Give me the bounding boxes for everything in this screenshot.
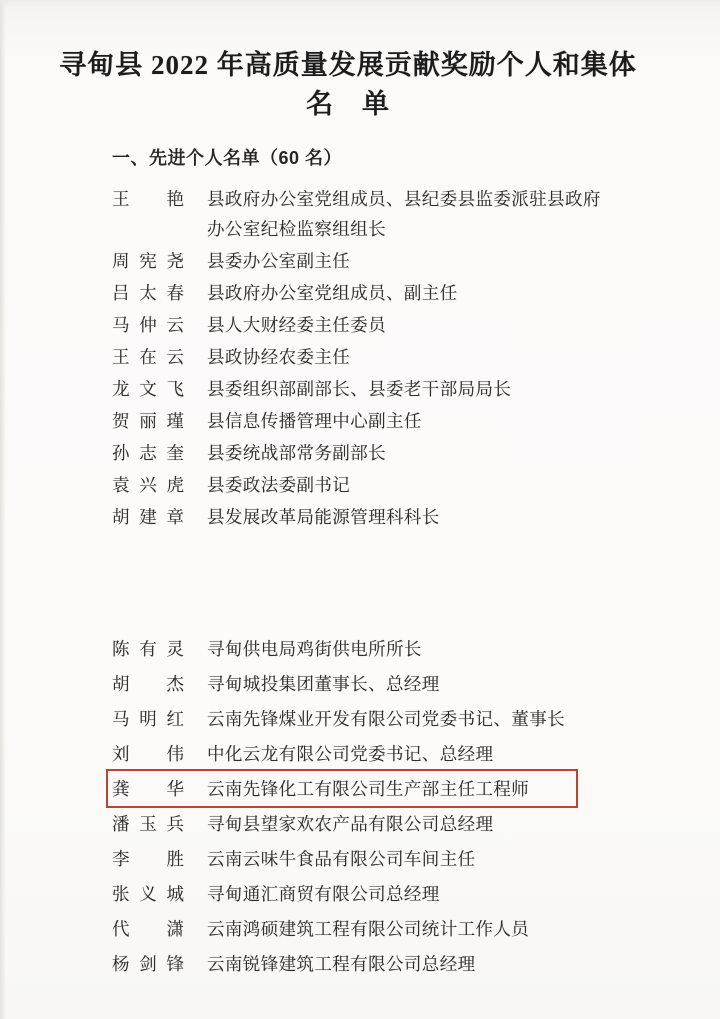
person-name: 张义城 [112,879,184,909]
list-item: 王在云 县政协经农委主任 [112,342,720,372]
person-title: 云南先锋煤业开发有限公司党委书记、董事长 [207,704,631,734]
list-item: 周宪尧 县委办公室副主任 [112,246,720,276]
person-name: 孙志奎 [112,438,184,468]
person-name: 贺丽瑾 [112,406,184,436]
list-item: 刘 伟 中化云龙有限公司党委书记、总经理 [112,739,720,769]
person-title: 中化云龙有限公司党委书记、总经理 [207,739,631,769]
person-name: 龚 华 [112,774,184,804]
person-title: 县信息传播管理中心副主任 [207,406,631,436]
person-name: 马明红 [112,704,184,734]
title-line-1: 寻甸县 2022 年高质量发展贡献奖励个人和集体 [46,46,650,85]
person-name: 陈有灵 [112,634,184,664]
person-name: 胡建章 [112,502,184,532]
list-item: 李 胜 云南云味牛食品有限公司车间主任 [112,844,720,874]
section-heading: 一、先进个人名单（60 名） [112,146,720,170]
list-item: 马明红 云南先锋煤业开发有限公司党委书记、董事长 [112,704,720,734]
person-title: 县委统战部常务副部长 [207,438,631,468]
list-item: 杨剑锋 云南锐锋建筑工程有限公司总经理 [112,949,720,979]
person-name: 袁兴虎 [112,470,184,500]
list-group-gap [0,534,720,620]
list-item: 龙文飞 县委组织部副部长、县委老干部局局长 [112,374,720,404]
list-item: 吕太春 县政府办公室党组成员、副主任 [112,278,720,308]
list-item: 贺丽瑾 县信息传播管理中心副主任 [112,406,720,436]
person-title: 县政府办公室党组成员、县纪委县监委派驻县政府 办公室纪检监察组组长 [207,184,631,244]
list-item: 张义城 寻甸通汇商贸有限公司总经理 [112,879,720,909]
person-title: 寻甸通汇商贸有限公司总经理 [207,879,631,909]
person-name: 杨剑锋 [112,949,184,979]
list-item: 胡 杰 寻甸城投集团董事长、总经理 [112,669,720,699]
person-title: 云南先锋化工有限公司生产部主任工程师 [207,774,631,804]
person-name: 代 潇 [112,914,184,944]
list-item: 王 艳 县政府办公室党组成员、县纪委县监委派驻县政府 办公室纪检监察组组长 [112,184,720,244]
person-title: 寻甸供电局鸡街供电所所长 [207,634,631,664]
document-page: 寻甸县 2022 年高质量发展贡献奖励个人和集体 名 单 一、先进个人名单（60… [0,0,720,1019]
person-title: 云南云味牛食品有限公司车间主任 [207,844,631,874]
list-item: 潘玉兵 寻甸县望家欢农产品有限公司总经理 [112,809,720,839]
person-name: 王 艳 [112,184,184,214]
person-title: 县人大财经委主任委员 [207,310,631,340]
person-name: 周宪尧 [112,246,184,276]
person-title: 县委政法委副书记 [207,470,631,500]
page-edge-shadow-left [0,0,6,1019]
person-name: 胡 杰 [112,669,184,699]
list-item: 陈有灵 寻甸供电局鸡街供电所所长 [112,634,720,664]
title-line-2: 名 单 [46,85,650,124]
person-name: 王在云 [112,342,184,372]
person-name: 潘玉兵 [112,809,184,839]
person-title: 县政府办公室党组成员、副主任 [207,278,631,308]
person-title: 县发展改革局能源管理科科长 [207,502,631,532]
person-title: 县政协经农委主任 [207,342,631,372]
list-item: 袁兴虎 县委政法委副书记 [112,470,720,500]
person-name: 吕太春 [112,278,184,308]
list-item: 胡建章 县发展改革局能源管理科科长 [112,502,720,532]
list-item-highlighted: 龚 华 云南先锋化工有限公司生产部主任工程师 [112,774,720,804]
person-name: 李 胜 [112,844,184,874]
person-name: 刘 伟 [112,739,184,769]
person-title: 云南鸿硕建筑工程有限公司统计工作人员 [207,914,631,944]
person-name: 马仲云 [112,310,184,340]
person-title: 县委组织部副部长、县委老干部局局长 [207,374,631,404]
page-edge-shadow-top [0,0,720,8]
person-name: 龙文飞 [112,374,184,404]
person-title: 寻甸城投集团董事长、总经理 [207,669,631,699]
person-list-group-2: 陈有灵 寻甸供电局鸡街供电所所长 胡 杰 寻甸城投集团董事长、总经理 马明红 云… [112,634,720,979]
list-item: 孙志奎 县委统战部常务副部长 [112,438,720,468]
list-item: 马仲云 县人大财经委主任委员 [112,310,720,340]
document-title: 寻甸县 2022 年高质量发展贡献奖励个人和集体 名 单 [46,0,650,124]
person-title: 寻甸县望家欢农产品有限公司总经理 [207,809,631,839]
person-title: 县委办公室副主任 [207,246,631,276]
list-item: 代 潇 云南鸿硕建筑工程有限公司统计工作人员 [112,914,720,944]
person-title: 云南锐锋建筑工程有限公司总经理 [207,949,631,979]
person-list-group-1: 王 艳 县政府办公室党组成员、县纪委县监委派驻县政府 办公室纪检监察组组长 周宪… [112,184,720,532]
